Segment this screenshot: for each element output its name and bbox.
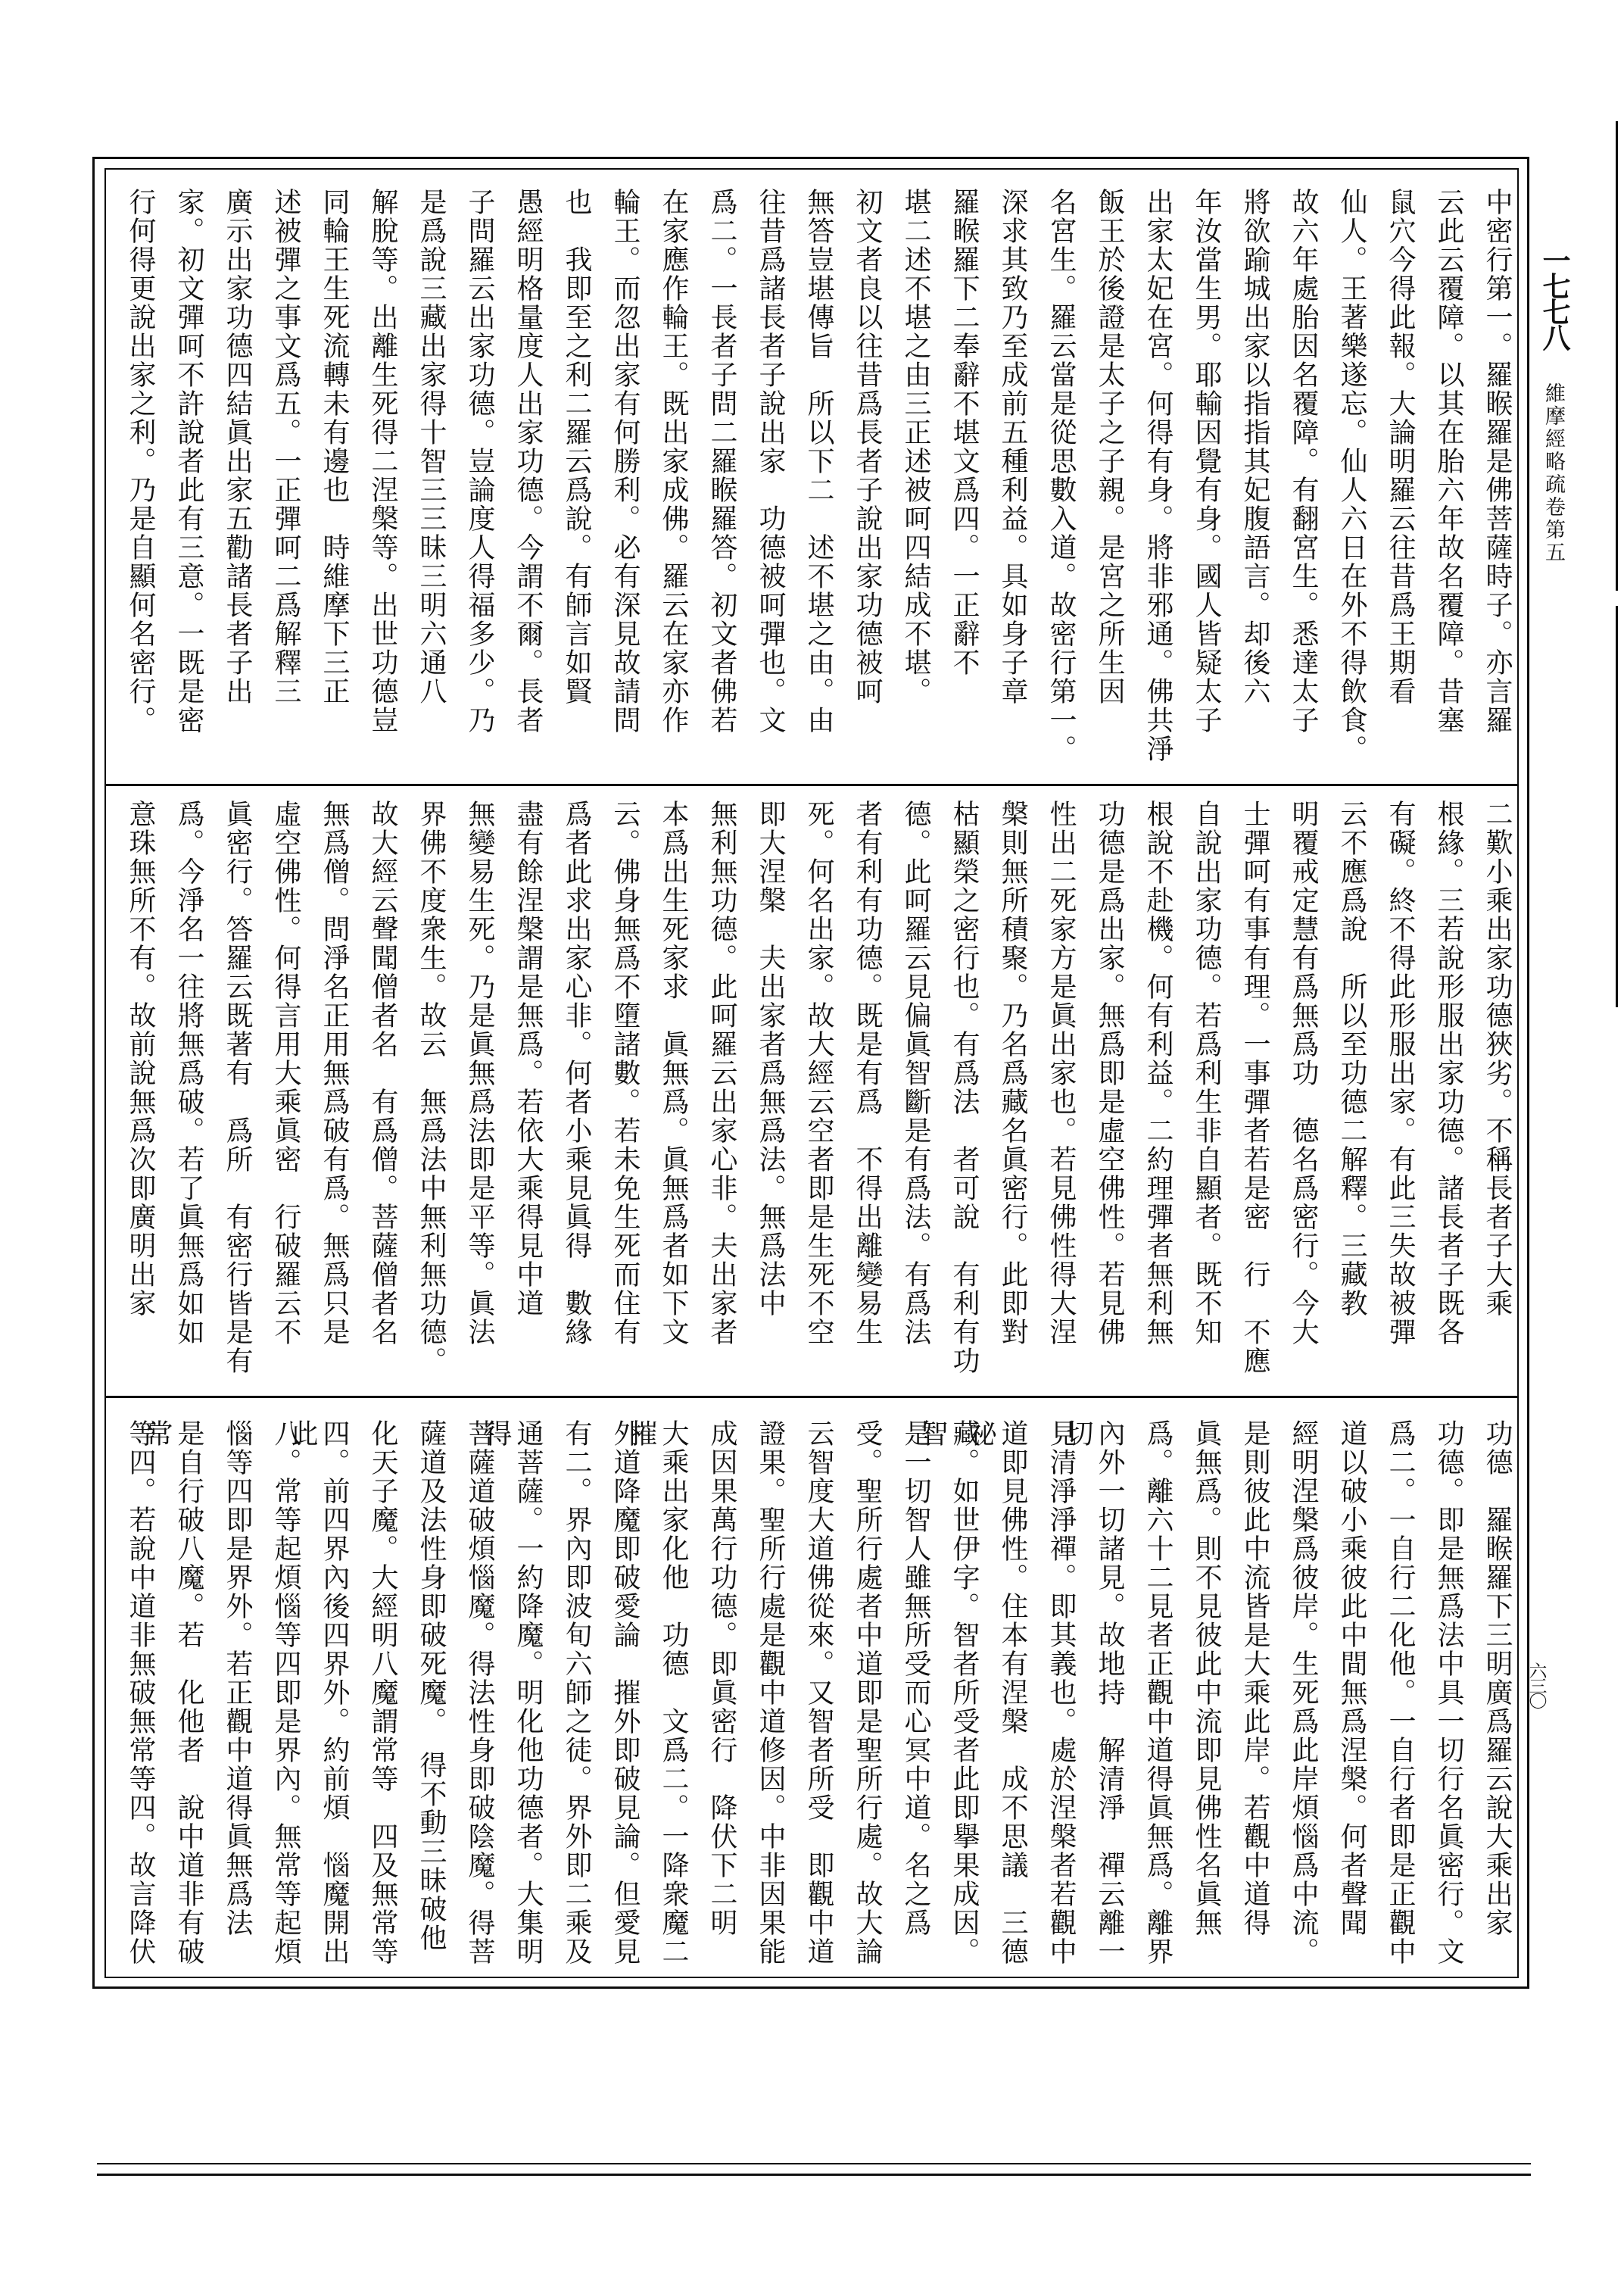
text-band-upper: 中密行第一。羅睺羅是佛菩薩時子。亦言羅云此云覆障。以其在胎六年故名覆障。昔塞鼠穴…	[114, 188, 1513, 777]
text-column: 明覆戒定慧有爲無爲功 德名爲密行。今大	[1287, 800, 1319, 1389]
text-column: 述被彈之事文爲五。一正彈呵二爲解釋三	[270, 188, 301, 777]
text-column: 云智度大道佛從來。又智者所受 即觀中道	[803, 1419, 834, 1974]
text-column: 即大涅槃 夫出家者爲無爲法。無爲法中	[754, 800, 786, 1389]
text-column: 初文者良以往昔爲長者子說出家功德被呵	[851, 188, 883, 777]
text-column: 無爲僧。問淨名正用無爲破有爲。無爲只是	[318, 800, 350, 1389]
text-column: 有礙。終不得此形服出家。有此三失故被彈	[1384, 800, 1416, 1389]
text-column: 飯王於後證是太子之子親。是宮之所生因	[1093, 188, 1125, 777]
text-column: 也 我即至之利二羅云爲說。有師言如賢	[560, 188, 592, 777]
text-column: 是自行破八魔。若 化他者 說中道非有破常	[173, 1419, 204, 1974]
text-column: 士彈呵有事有理。一事彈者若是密 行 不應	[1239, 800, 1270, 1389]
text-column: 意珠無所不有。故前說無爲次即廣明出家	[124, 800, 156, 1389]
band-separator	[106, 784, 1517, 786]
text-column: 二歎小乘出家功德狹劣。不稱長者子大乘	[1481, 800, 1513, 1389]
scan-artifact-line	[1616, 606, 1618, 1007]
text-column: 羅睺羅下二奉辭不堪文爲四。一正辭不	[948, 188, 980, 777]
text-column: 八。常等起煩惱等四即是界內。無常等起煩	[270, 1419, 301, 1974]
text-column: 功德是爲出家。無爲即是虛空佛性。若見佛	[1093, 800, 1125, 1389]
text-column: 同輪王生死流轉未有邊也 時維摩下三正	[318, 188, 350, 777]
text-column: 愚經明格量度人出家功德。今謂不爾。長者	[512, 188, 544, 777]
folio-number: 六三〇	[1523, 1662, 1550, 1708]
text-column: 廣示出家功德四結眞出家五勸諸長者子出	[221, 188, 253, 777]
text-column: 界佛不度衆生。故云 無爲法中無利無功德。	[415, 800, 447, 1389]
text-column: 惱等四即是界外。若正觀中道得眞無爲法	[221, 1419, 253, 1974]
text-column: 德。此呵羅云見偏眞智斷是有爲法。有爲法	[899, 800, 931, 1389]
text-column: 通菩薩。一約降魔。明化他功德者。大集明得	[512, 1419, 544, 1974]
text-column: 堪二述不堪之由三正述被呵四結成不堪。	[899, 188, 931, 777]
text-column: 四。前四界內後四界外。約前煩 惱魔開出此	[318, 1419, 350, 1974]
text-column: 菩薩道破煩惱魔。得法性身即破陰魔。得菩	[463, 1419, 495, 1974]
text-column: 將欲踰城出家以指指其妃腹語言。却後六	[1239, 188, 1270, 777]
scan-artifact-line	[1616, 121, 1618, 591]
text-column: 功德。即是無爲法中具一切行名眞密行。文	[1432, 1419, 1464, 1974]
text-column: 輪王。而忽出家有何勝利。必有深見故請問	[609, 188, 641, 777]
text-column: 爲者此求出家心非。何者小乘見眞得 數緣	[560, 800, 592, 1389]
text-column: 見清淨淨禪。即其義也。處於涅槃者若觀中	[1045, 1419, 1077, 1974]
text-column: 根緣。三若說形服出家功德。諸長者子既各	[1432, 800, 1464, 1389]
text-column: 云不應爲說 所以至功德二解釋。三藏教	[1336, 800, 1367, 1389]
text-column: 故六年處胎因名覆障。有翻宮生。悉達太子	[1287, 188, 1319, 777]
band-separator	[106, 1396, 1517, 1398]
text-column: 化天子魔。大經明八魔謂常等 四及無常等	[366, 1419, 398, 1974]
text-column: 枯顯榮之密行也。有爲法 者可說 有利有功	[948, 800, 980, 1389]
text-column: 是爲說三藏出家得十智三三昧三明六通八	[415, 188, 447, 777]
text-column: 大乘出家化他 功德 文爲二。一降衆魔二摧	[657, 1419, 689, 1974]
text-column: 仙人。王著樂遂忘。仙人六日在外不得飲食。	[1336, 188, 1367, 777]
text-column: 爲二。一長者子問二羅睺羅答。初文者佛若	[706, 188, 737, 777]
text-column: 深求其致乃至成前五種利益。具如身子章	[996, 188, 1028, 777]
text-column: 經明涅槃爲彼岸。生死爲此岸煩惱爲中流。	[1287, 1419, 1319, 1974]
text-column: 子問羅云出家功德。豈論度人得福多少。乃	[463, 188, 495, 777]
text-column: 家。初文彈呵不許說者此有三意。一既是密	[173, 188, 204, 777]
text-column: 盡有餘涅槃謂是無爲。若依大乘得見中道	[512, 800, 544, 1389]
text-column: 行何得更說出家之利。乃是自顯何名密行。	[124, 188, 156, 777]
text-column: 外道降魔即破愛論 摧外即破見論。但愛見	[609, 1419, 641, 1974]
text-column: 解脫等。出離生死得二涅槃等。出世功德豈	[366, 188, 398, 777]
text-column: 眞無爲。則不見彼此中流即見佛性名眞無	[1190, 1419, 1222, 1974]
text-column: 道即見佛性。住本有涅槃 成不思議 三德祕	[996, 1419, 1028, 1974]
text-column: 是一切智人雖無所受而心冥中道。名之爲	[899, 1419, 931, 1974]
text-column: 根說不赴機。何有利益。二約理彈者無利無	[1142, 800, 1174, 1389]
text-band-lower: 功德 羅睺羅下三明廣爲羅云說大乘出家功德。即是無爲法中具一切行名眞密行。文爲二。…	[114, 1419, 1513, 1974]
text-column: 內外一切諸見。故地持 解清淨 禪云離一切	[1093, 1419, 1125, 1974]
text-column: 云。佛身無爲不墮諸數。若未免生死而住有	[609, 800, 641, 1389]
text-column: 自說出家功德。若爲利生非自顯者。既不知	[1190, 800, 1222, 1389]
text-column: 受。聖所行處者中道即是聖所行處。故大論	[851, 1419, 883, 1974]
text-column: 槃則無所積聚。乃名爲藏名眞密行。此即對	[996, 800, 1028, 1389]
text-column: 虛空佛性。何得言用大乘眞密 行破羅云不	[270, 800, 301, 1389]
text-column: 故大經云聲聞僧者名 有爲僧。菩薩僧者名	[366, 800, 398, 1389]
text-column: 性出二死家方是眞出家也。若見佛性得大涅	[1045, 800, 1077, 1389]
text-column: 證果。聖所行處是觀中道修因。中非因果能	[754, 1419, 786, 1974]
text-column: 爲二。一自行二化他。一自行者即是正觀中	[1384, 1419, 1416, 1974]
text-column: 無答豈堪傳旨 所以下二 述不堪之由。由	[803, 188, 834, 777]
text-column: 名宮生。羅云當是從思數入道。故密行第一。	[1045, 188, 1077, 777]
scanned-sutra-page: 中密行第一。羅睺羅是佛菩薩時子。亦言羅云此云覆障。以其在胎六年故名覆障。昔塞鼠穴…	[0, 0, 1624, 2272]
footer-rule	[97, 2163, 1531, 2164]
text-column: 云此云覆障。以其在胎六年故名覆障。昔塞	[1432, 188, 1464, 777]
sutra-number: 一七七八	[1534, 246, 1575, 349]
text-column: 無變易生死。乃是眞無爲法即是平等。眞法	[463, 800, 495, 1389]
text-column: 薩道及法性身即破死魔。 得不動三昧破他	[415, 1419, 447, 1974]
text-column: 功德 羅睺羅下三明廣爲羅云說大乘出家	[1481, 1419, 1513, 1974]
text-column: 無利無功德。此呵羅云出家心非。夫出家者	[706, 800, 737, 1389]
text-column: 鼠穴今得此報。大論明羅云往昔爲王期看	[1384, 188, 1416, 777]
footer-rule	[97, 2174, 1531, 2176]
text-column: 藏。如世伊字。智者所受者此即擧果成因。智	[948, 1419, 980, 1974]
text-column: 出家太妃在宮。何得有身。將非邪通。佛共淨	[1142, 188, 1174, 777]
text-band-middle: 二歎小乘出家功德狹劣。不稱長者子大乘根緣。三若說形服出家功德。諸長者子既各有礙。…	[114, 800, 1513, 1389]
text-column: 年汝當生男。耶輸因覺有身。國人皆疑太子	[1190, 188, 1222, 777]
text-column: 死。何名出家。故大經云空者即是生死不空	[803, 800, 834, 1389]
text-column: 等四。若說中道非無破無常等四。故言降伏	[124, 1419, 156, 1974]
text-column: 有二。界內即波旬六師之徒。界外即二乘及	[560, 1419, 592, 1974]
text-column: 者有利有功德。既是有爲 不得出離變易生	[851, 800, 883, 1389]
text-column: 成因果萬行功德。即眞密行 降伏下二明	[706, 1419, 737, 1974]
text-column: 眞密行。答羅云既著有 爲所 有密行皆是有	[221, 800, 253, 1389]
text-column: 是則彼此中流皆是大乘此岸。若觀中道得	[1239, 1419, 1270, 1974]
text-column: 往昔爲諸長者子說出家 功德被呵彈也。文	[754, 188, 786, 777]
text-column: 爲。今淨名一往將無爲破。若了眞無爲如如	[173, 800, 204, 1389]
text-column: 在家應作輪王。既出家成佛。羅云在家亦作	[657, 188, 689, 777]
volume-title: 維摩經略疏卷第五	[1538, 382, 1568, 564]
text-column: 爲。離六十二見者正觀中道得眞無爲。離界	[1142, 1419, 1174, 1974]
text-column: 道以破小乘彼此中間無爲涅槃。何者聲聞	[1336, 1419, 1367, 1974]
text-column: 中密行第一。羅睺羅是佛菩薩時子。亦言羅	[1481, 188, 1513, 777]
text-column: 本爲出生死家求 眞無爲。眞無爲者如下文	[657, 800, 689, 1389]
